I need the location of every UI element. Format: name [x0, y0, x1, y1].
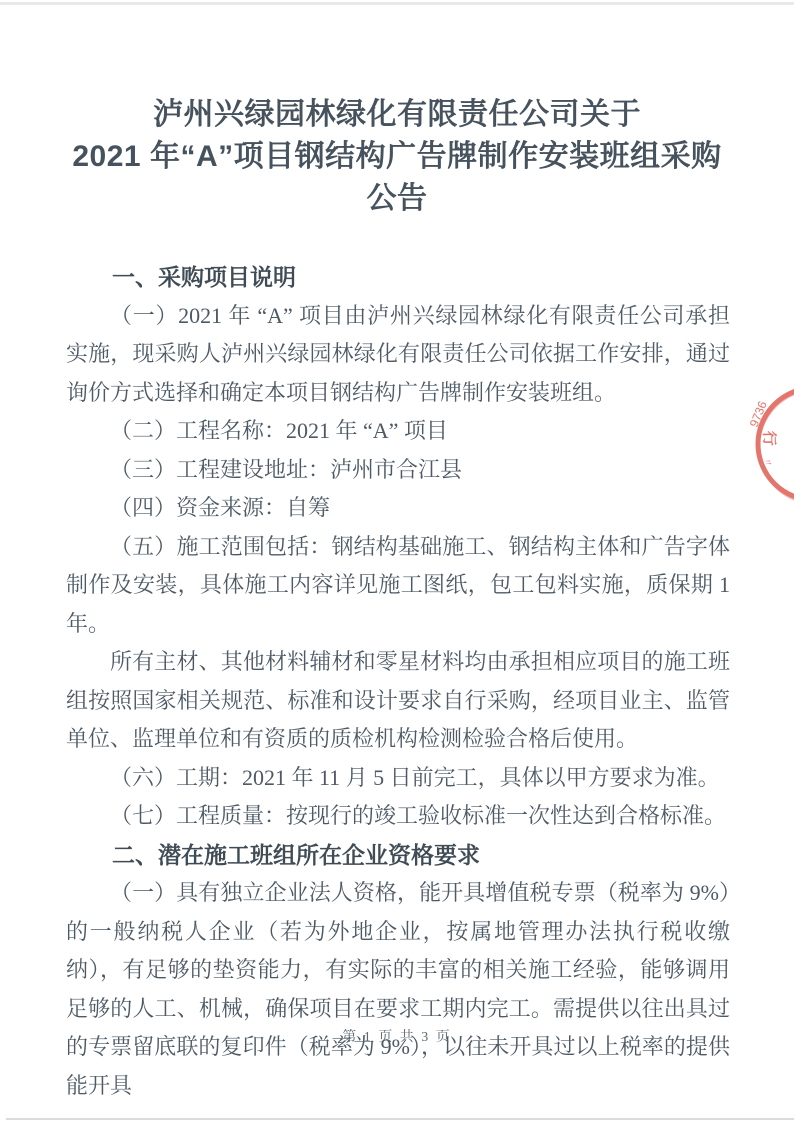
- scan-edge-top: [0, 2, 794, 5]
- document-body: 一、采购项目说明 （一）2021 年 “A” 项目由泸州兴绿园林绿化有限责任公司…: [66, 258, 730, 1105]
- paragraph: （七）工程质量：按现行的竣工验收标准一次性达到合格标准。: [66, 797, 730, 836]
- red-seal-partial-icon: 9736 行 〃: [736, 383, 794, 505]
- paragraph: （三）工程建设地址：泸州市合江县: [66, 451, 730, 490]
- paragraph: 所有主材、其他材料辅材和零星材料均由承担相应项目的施工班组按照国家相关规范、标准…: [66, 643, 730, 759]
- paragraph: （一）2021 年 “A” 项目由泸州兴绿园林绿化有限责任公司承担实施，现采购人…: [66, 297, 730, 413]
- document-page: 泸州兴绿园林绿化有限责任公司关于 2021 年“A”项目钢结构广告牌制作安装班组…: [0, 0, 794, 1123]
- document-title: 泸州兴绿园林绿化有限责任公司关于 2021 年“A”项目钢结构广告牌制作安装班组…: [44, 94, 750, 220]
- title-line-3: 公告: [44, 178, 750, 220]
- page-number-footer: 第 1 页 共 3 页: [0, 1026, 794, 1046]
- paragraph: （二）工程名称：2021 年 “A” 项目: [66, 412, 730, 451]
- section-heading-2: 二、潜在施工班组所在企业资格要求: [66, 836, 730, 875]
- svg-text:行: 行: [760, 431, 779, 447]
- paragraph: （一）具有独立企业法人资格，能开具增值税专票（税率为 9%）的一般纳税人企业（若…: [66, 874, 730, 1105]
- title-line-1: 泸州兴绿园林绿化有限责任公司关于: [44, 94, 750, 136]
- title-line-2: 2021 年“A”项目钢结构广告牌制作安装班组采购: [44, 136, 750, 178]
- paragraph: （六）工期：2021 年 11 月 5 日前完工，具体以甲方要求为准。: [66, 759, 730, 798]
- paragraph: （五）施工范围包括：钢结构基础施工、钢结构主体和广告字体制作及安装，具体施工内容…: [66, 528, 730, 644]
- scan-edge-bottom: [6, 1118, 794, 1120]
- paragraph: （四）资金来源：自筹: [66, 489, 730, 528]
- section-heading-1: 一、采购项目说明: [66, 258, 730, 297]
